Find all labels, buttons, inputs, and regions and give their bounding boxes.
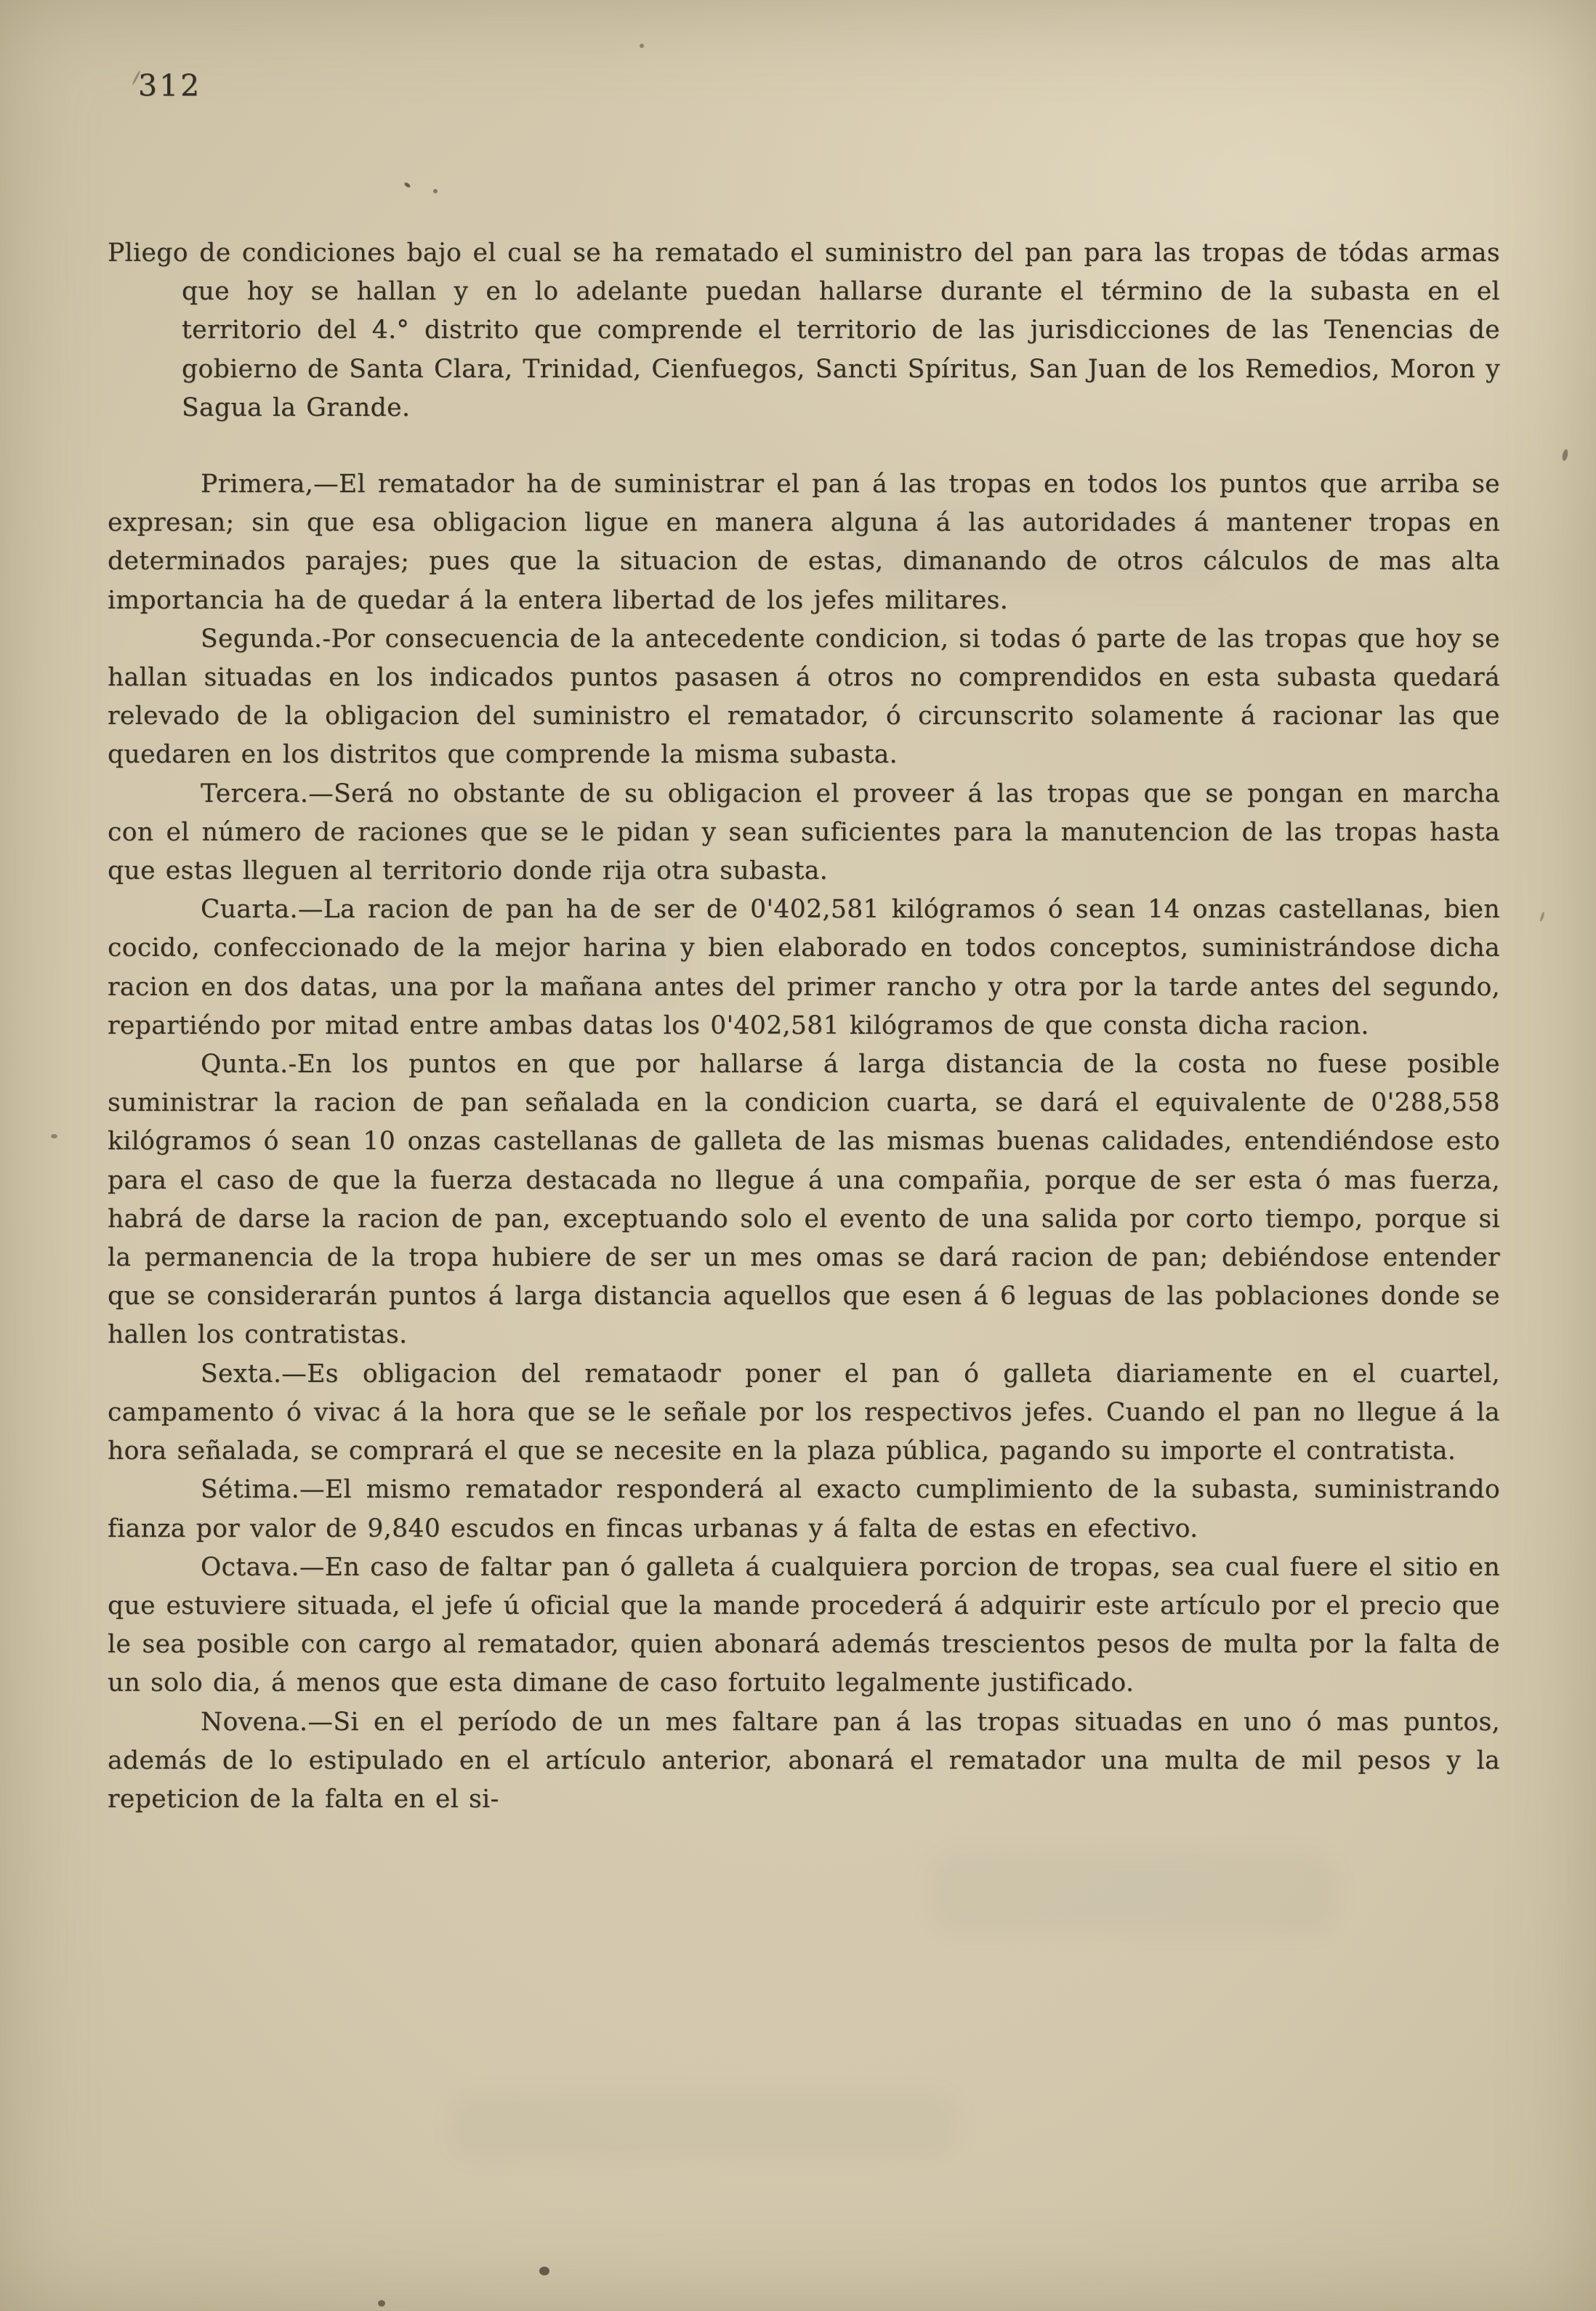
intro-paragraph: Pliego de condiciones bajo el cual se ha…: [108, 234, 1500, 427]
paragraph-tercera: Tercera.—Será no obstante de su obligaci…: [108, 775, 1500, 891]
paragraph-cuarta: Cuarta.—La racion de pan ha de ser de 0'…: [108, 891, 1500, 1045]
condition-label: Qunta.-: [201, 1050, 297, 1079]
condition-text: Es obligacion del remataodr poner el pan…: [108, 1359, 1500, 1466]
scan-speck: [640, 44, 644, 48]
condition-text: En los puntos en que por hallarse á larg…: [108, 1050, 1500, 1349]
scan-speck: [433, 189, 438, 193]
scanned-page: 312 Pliego de condiciones bajo el cual s…: [0, 0, 1596, 2311]
scan-speck: [539, 2267, 549, 2275]
paragraph-segunda: Segunda.-Por consecuencia de la antecede…: [108, 620, 1500, 775]
document-body: Pliego de condiciones bajo el cual se ha…: [108, 234, 1500, 1819]
ink-bleedthrough: [930, 1854, 1337, 1934]
condition-label: Sétima.—: [201, 1475, 325, 1504]
paragraph-primera: Primera,—El rematador ha de suministrar …: [108, 465, 1500, 620]
scan-speck: [1539, 912, 1545, 923]
paragraph-sexta: Sexta.—Es obligacion del remataodr poner…: [108, 1355, 1500, 1471]
paragraph-novena: Novena.—Si en el período de un mes falta…: [108, 1703, 1500, 1820]
paragraph-setima: Sétima.—El mismo rematador responderá al…: [108, 1471, 1500, 1548]
condition-label: Octava.—: [201, 1553, 325, 1582]
paragraph-octava: Octava.—En caso de faltar pan ó galleta …: [108, 1548, 1500, 1703]
scan-speck: [51, 1134, 57, 1138]
paragraph-quinta: Qunta.-En los puntos en que por hallarse…: [108, 1045, 1500, 1355]
condition-label: Cuarta.—: [201, 895, 323, 924]
condition-label: Tercera.—: [201, 779, 334, 808]
condition-label: Novena.—: [201, 1708, 333, 1737]
condition-label: Sexta.—: [201, 1359, 307, 1388]
ink-bleedthrough: [451, 2094, 959, 2159]
scan-speck: [403, 182, 411, 188]
scan-speck: [378, 2300, 385, 2307]
condition-label: Segunda.-: [201, 624, 331, 654]
condition-label: Primera,—: [201, 470, 339, 499]
scan-speck: [1561, 449, 1568, 461]
page-number: 312: [138, 68, 201, 103]
